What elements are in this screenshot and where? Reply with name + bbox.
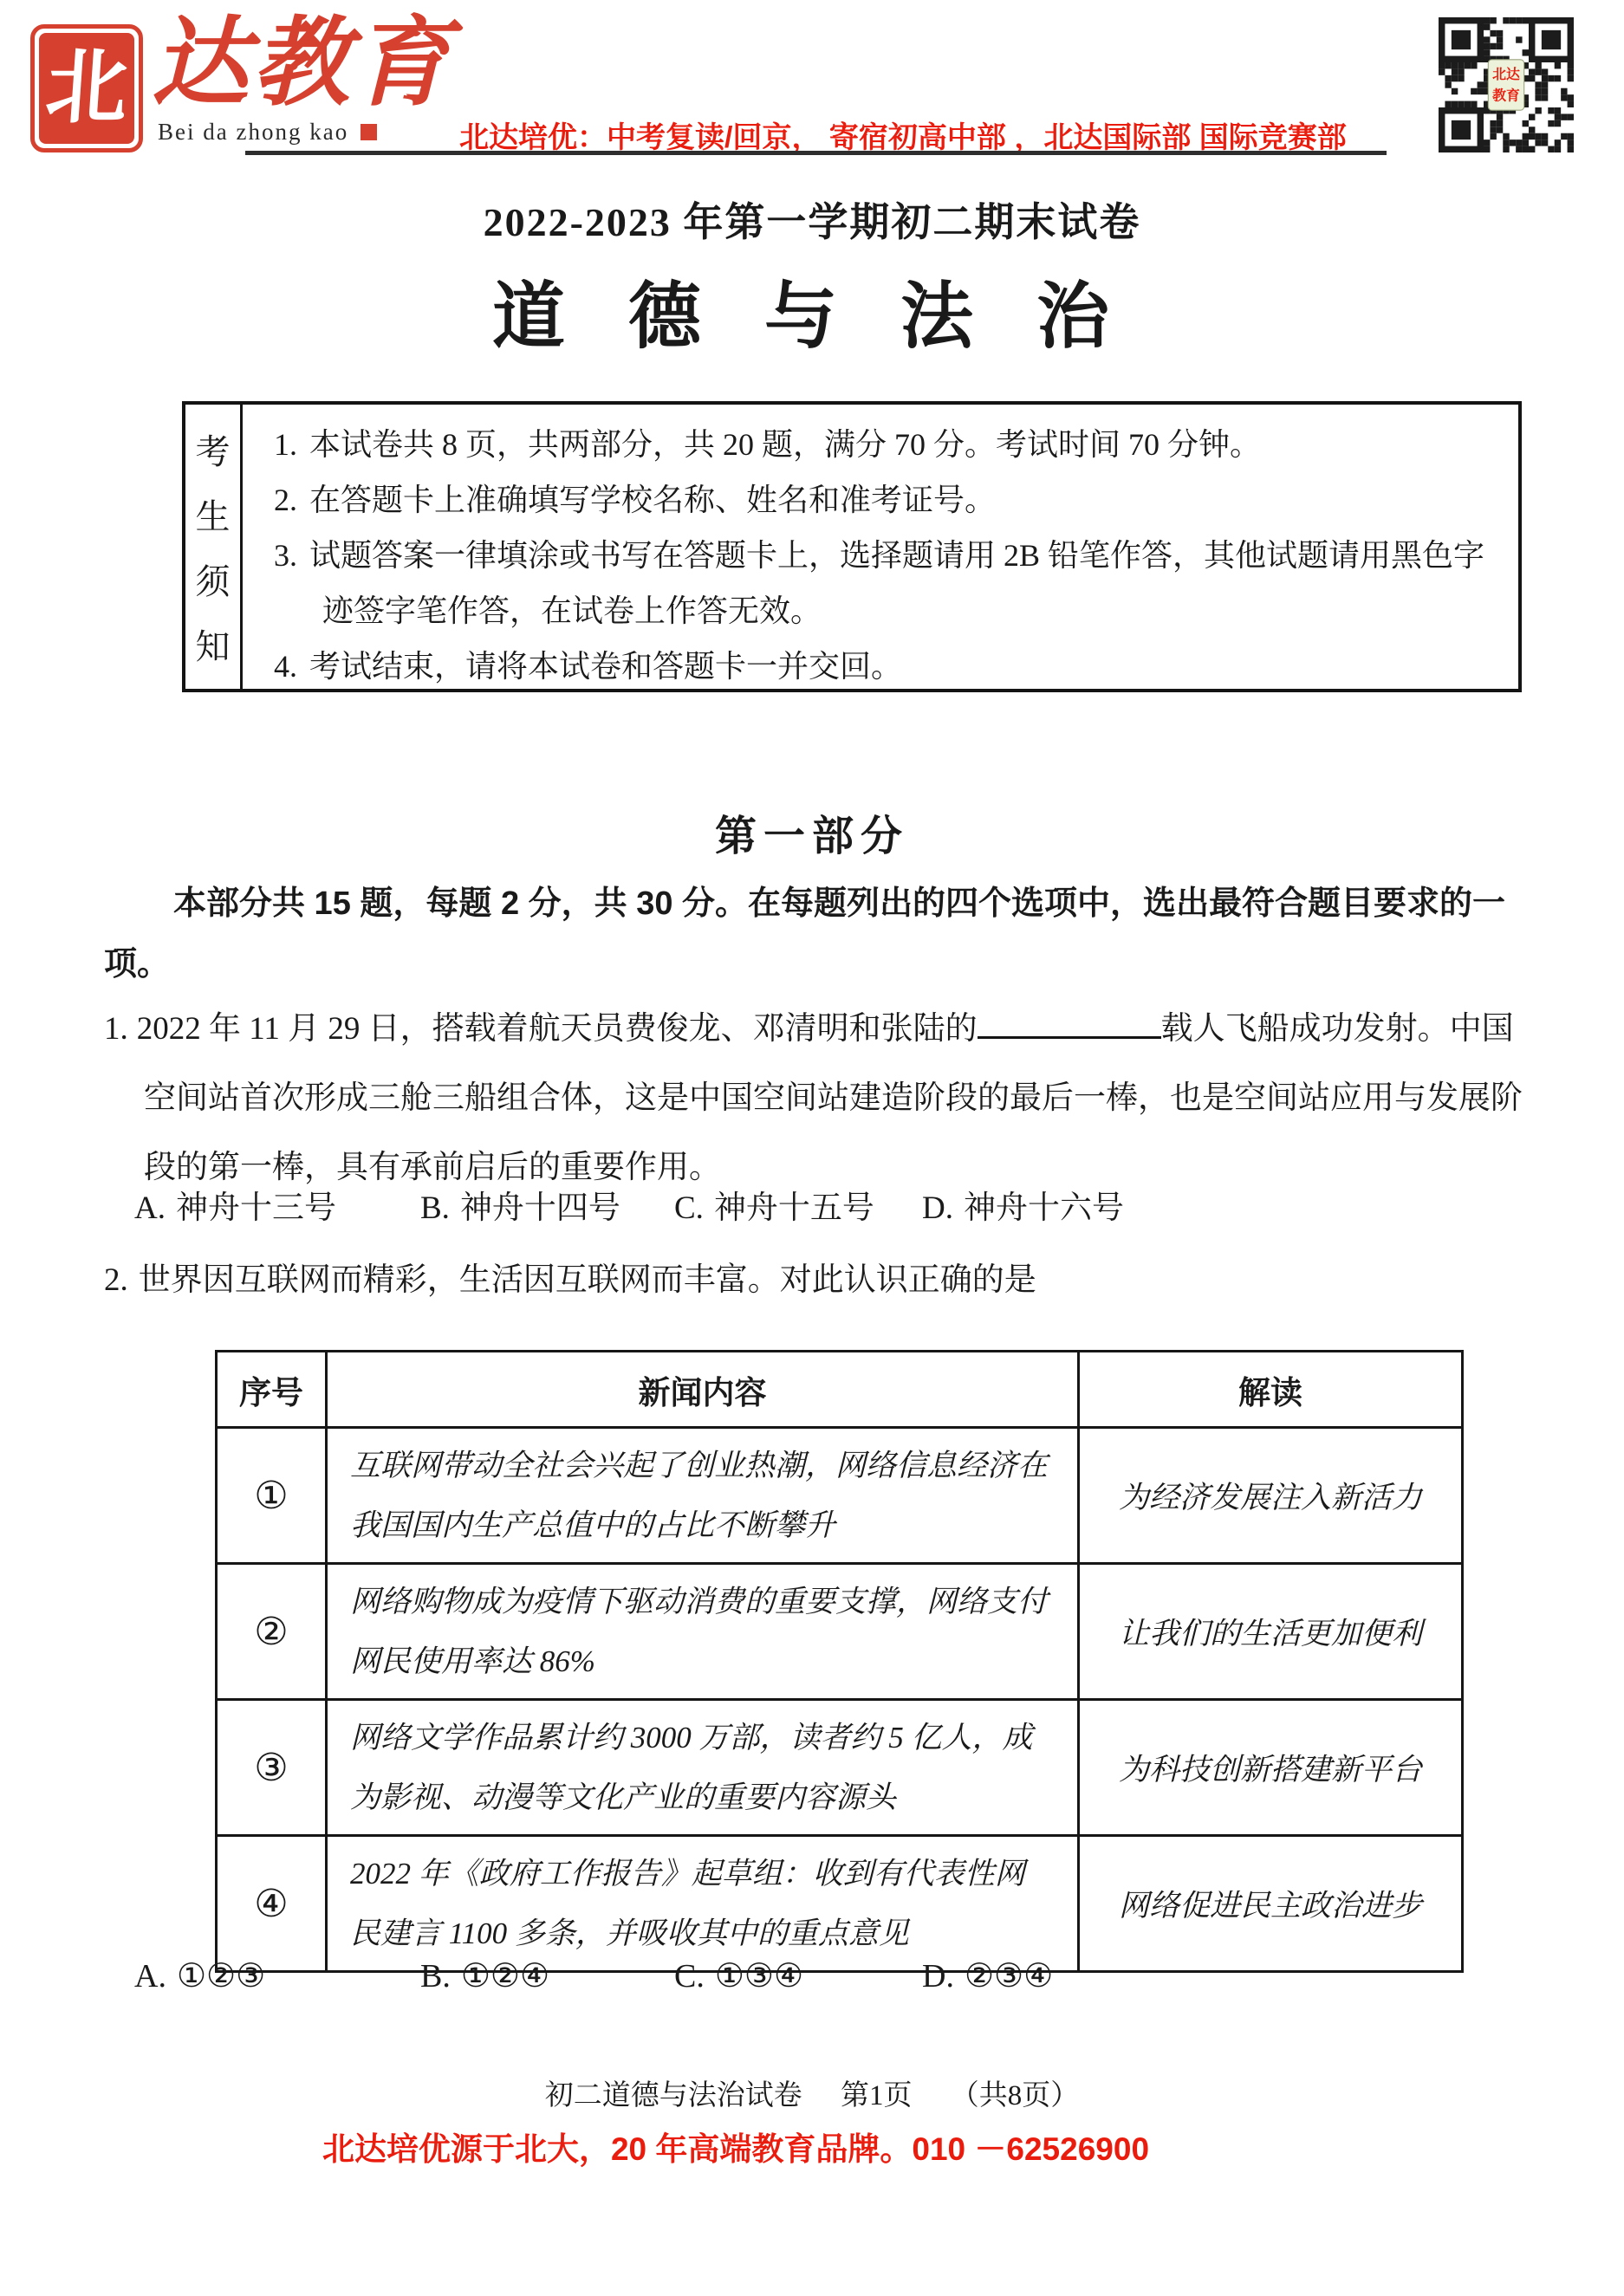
question-2-number: 2. bbox=[104, 1262, 128, 1298]
option-text: ①③④ bbox=[715, 1958, 803, 1994]
cell-interpretation: 网络促进民主政治进步 bbox=[1079, 1836, 1463, 1972]
qr-code: 北达教育 bbox=[1439, 17, 1574, 152]
svg-text:北达: 北达 bbox=[1492, 67, 1520, 82]
cell-interpretation: 为科技创新搭建新平台 bbox=[1079, 1700, 1463, 1836]
question-2-options: A.①②③ B.①②④ C.①③④ D.②③④ bbox=[134, 1956, 1564, 1996]
footer-doc-name: 初二道德与法治试卷 bbox=[545, 2080, 802, 2111]
header-news-content: 新闻内容 bbox=[327, 1352, 1079, 1428]
option-text: 神舟十四号 bbox=[460, 1190, 620, 1226]
notice-label-char: 生 bbox=[196, 490, 231, 539]
red-square-icon bbox=[361, 124, 377, 140]
cell-news-content: 网络文学作品累计约 3000 万部，读者约 5 亿人，成为影视、动漫等文化产业的… bbox=[327, 1700, 1079, 1836]
cell-interpretation: 让我们的生活更加便利 bbox=[1079, 1564, 1463, 1700]
news-table-body: ① 互联网带动全社会兴起了创业热潮，网络信息经济在我国国内生产总值中的占比不断攀… bbox=[217, 1428, 1463, 1972]
cell-serial: ③ bbox=[217, 1700, 327, 1836]
exam-session-title: 2022-2023 年第一学期初二期末试卷 bbox=[0, 191, 1624, 248]
notice-item-text: 本试卷共 8 页，共两部分，共 20 题，满分 70 分。考试时间 70 分钟。 bbox=[309, 427, 1261, 462]
question-1-text-before-blank: 2022 年 11 月 29 日，搭载着航天员费俊龙、邓清明和张陆的 bbox=[137, 1011, 978, 1047]
brand-subtitle: Bei da zhong kao bbox=[158, 119, 377, 146]
footer-page-info: 初二道德与法治试卷 第1页 （共8页） bbox=[0, 2072, 1624, 2113]
notice-item: 4.考试结束，请将本试卷和答题卡一并交回。 bbox=[274, 639, 1497, 694]
part1-heading: 第一部分 bbox=[0, 802, 1624, 862]
answer-option[interactable]: B.①②④ bbox=[420, 1956, 674, 1996]
notice-item-number: 2. bbox=[274, 483, 297, 517]
cell-news-content: 网络购物成为疫情下驱动消费的重要支撑，网络支付网民使用率达 86% bbox=[327, 1564, 1079, 1700]
question-2-text: 世界因互联网而精彩，生活因互联网而丰富。对此认识正确的是 bbox=[139, 1262, 1036, 1298]
question-2: 2.世界因互联网而精彩，生活因互联网而丰富。对此认识正确的是 bbox=[104, 1246, 1536, 1315]
footer-slogan: 北达培优源于北大，20 年高端教育品牌。010 －62526900 bbox=[0, 2123, 1548, 2170]
option-label: C. bbox=[674, 1958, 705, 1994]
notice-item-number: 3. bbox=[274, 538, 297, 573]
cell-serial: ① bbox=[217, 1428, 327, 1564]
notice-items: 1.本试卷共 8 页，共两部分，共 20 题，满分 70 分。考试时间 70 分… bbox=[243, 405, 1518, 689]
notice-item: 2.在答题卡上准确填写学校名称、姓名和准考证号。 bbox=[274, 472, 1497, 528]
notice-label-char: 考 bbox=[196, 425, 231, 474]
table-row: ② 网络购物成为疫情下驱动消费的重要支撑，网络支付网民使用率达 86% 让我们的… bbox=[217, 1564, 1463, 1700]
option-text: 神舟十六号 bbox=[964, 1190, 1124, 1226]
answer-option[interactable]: C.神舟十五号 bbox=[674, 1189, 922, 1229]
exam-paper-page: 北 达教育 Bei da zhong kao 北达培优：中考复读/回京， 寄宿初… bbox=[0, 0, 1624, 2296]
option-label: B. bbox=[420, 1190, 450, 1226]
option-label: D. bbox=[922, 1958, 954, 1994]
option-label: A. bbox=[134, 1190, 166, 1226]
footer-page-total: （共8页） bbox=[951, 2080, 1080, 2111]
table-row: ① 互联网带动全社会兴起了创业热潮，网络信息经济在我国国内生产总值中的占比不断攀… bbox=[217, 1428, 1463, 1564]
option-label: A. bbox=[134, 1958, 166, 1994]
answer-option[interactable]: A.①②③ bbox=[134, 1956, 420, 1996]
notice-item-number: 1. bbox=[274, 427, 297, 462]
question-1-fill-blank bbox=[978, 1009, 1161, 1039]
header-divider bbox=[245, 151, 1387, 155]
part1-intro: 本部分共 15 题，每题 2 分，共 30 分。在每题列出的四个选项中，选出最符… bbox=[104, 873, 1529, 995]
table-row: ③ 网络文学作品累计约 3000 万部，读者约 5 亿人，成为影视、动漫等文化产… bbox=[217, 1700, 1463, 1836]
examinee-notice-box: 考生须知 1.本试卷共 8 页，共两部分，共 20 题，满分 70 分。考试时间… bbox=[182, 401, 1522, 692]
answer-option[interactable]: D.②③④ bbox=[922, 1956, 1053, 1996]
option-text: ①②③ bbox=[177, 1958, 265, 1994]
option-label: D. bbox=[922, 1190, 953, 1226]
subject-title: 道 德 与 法 治 bbox=[0, 258, 1624, 363]
cell-news-content: 互联网带动全社会兴起了创业热潮，网络信息经济在我国国内生产总值中的占比不断攀升 bbox=[327, 1428, 1079, 1564]
option-text: ②③④ bbox=[965, 1958, 1053, 1994]
option-label: C. bbox=[674, 1190, 704, 1226]
brand-seal-logo: 北 bbox=[30, 24, 143, 152]
cell-news-content: 2022 年《政府工作报告》起草组：收到有代表性网民建言 1100 多条，并吸收… bbox=[327, 1836, 1079, 1972]
question-1: 1.2022 年 11 月 29 日，搭载着航天员费俊龙、邓清明和张陆的载人飞船… bbox=[104, 995, 1536, 1203]
brand-subtitle-text: Bei da zhong kao bbox=[158, 119, 348, 146]
notice-item: 3.试题答案一律填涂或书写在答题卡上，选择题请用 2B 铅笔作答，其他试题请用黑… bbox=[274, 528, 1497, 639]
option-label: B. bbox=[420, 1958, 451, 1994]
cell-serial: ② bbox=[217, 1564, 327, 1700]
notice-vertical-label: 考生须知 bbox=[185, 405, 243, 689]
news-table: 序号 新闻内容 解读 ① 互联网带动全社会兴起了创业热潮，网络信息经济在我国国内… bbox=[215, 1350, 1464, 1973]
cell-serial: ④ bbox=[217, 1836, 327, 1972]
notice-item: 1.本试卷共 8 页，共两部分，共 20 题，满分 70 分。考试时间 70 分… bbox=[274, 417, 1497, 472]
notice-label-char: 须 bbox=[196, 555, 231, 604]
notice-item-text: 试题答案一律填涂或书写在答题卡上，选择题请用 2B 铅笔作答，其他试题请用黑色字… bbox=[309, 538, 1484, 628]
news-table-header-row: 序号 新闻内容 解读 bbox=[217, 1352, 1463, 1428]
notice-label-char: 知 bbox=[196, 619, 231, 669]
answer-option[interactable]: C.①③④ bbox=[674, 1956, 922, 1996]
brand-name: 达教育 bbox=[152, 16, 453, 113]
option-text: 神舟十三号 bbox=[176, 1190, 336, 1226]
seal-character: 北 bbox=[43, 48, 131, 129]
notice-item-text: 考试结束，请将本试卷和答题卡一并交回。 bbox=[309, 649, 902, 684]
answer-option[interactable]: D.神舟十六号 bbox=[922, 1189, 1124, 1229]
question-1-number: 1. bbox=[104, 1011, 128, 1047]
header-interpretation: 解读 bbox=[1079, 1352, 1463, 1428]
answer-option[interactable]: A.神舟十三号 bbox=[134, 1189, 420, 1229]
question-1-options: A.神舟十三号 B.神舟十四号 C.神舟十五号 D.神舟十六号 bbox=[134, 1189, 1564, 1229]
header-serial: 序号 bbox=[217, 1352, 327, 1428]
svg-text:教育: 教育 bbox=[1492, 88, 1520, 104]
seal-background: 北 bbox=[39, 33, 134, 144]
notice-item-text: 在答题卡上准确填写学校名称、姓名和准考证号。 bbox=[309, 483, 996, 517]
option-text: ①②④ bbox=[461, 1958, 549, 1994]
notice-item-number: 4. bbox=[274, 649, 297, 684]
answer-option[interactable]: B.神舟十四号 bbox=[420, 1189, 674, 1229]
table-row: ④ 2022 年《政府工作报告》起草组：收到有代表性网民建言 1100 多条，并… bbox=[217, 1836, 1463, 1972]
cell-interpretation: 为经济发展注入新活力 bbox=[1079, 1428, 1463, 1564]
option-text: 神舟十五号 bbox=[714, 1190, 874, 1226]
header-tagline: 北达培优：中考复读/回京， 寄宿初高中部 ，北达国际部 国际竞赛部 bbox=[459, 114, 1347, 156]
footer-page-number: 第1页 bbox=[841, 2080, 913, 2111]
